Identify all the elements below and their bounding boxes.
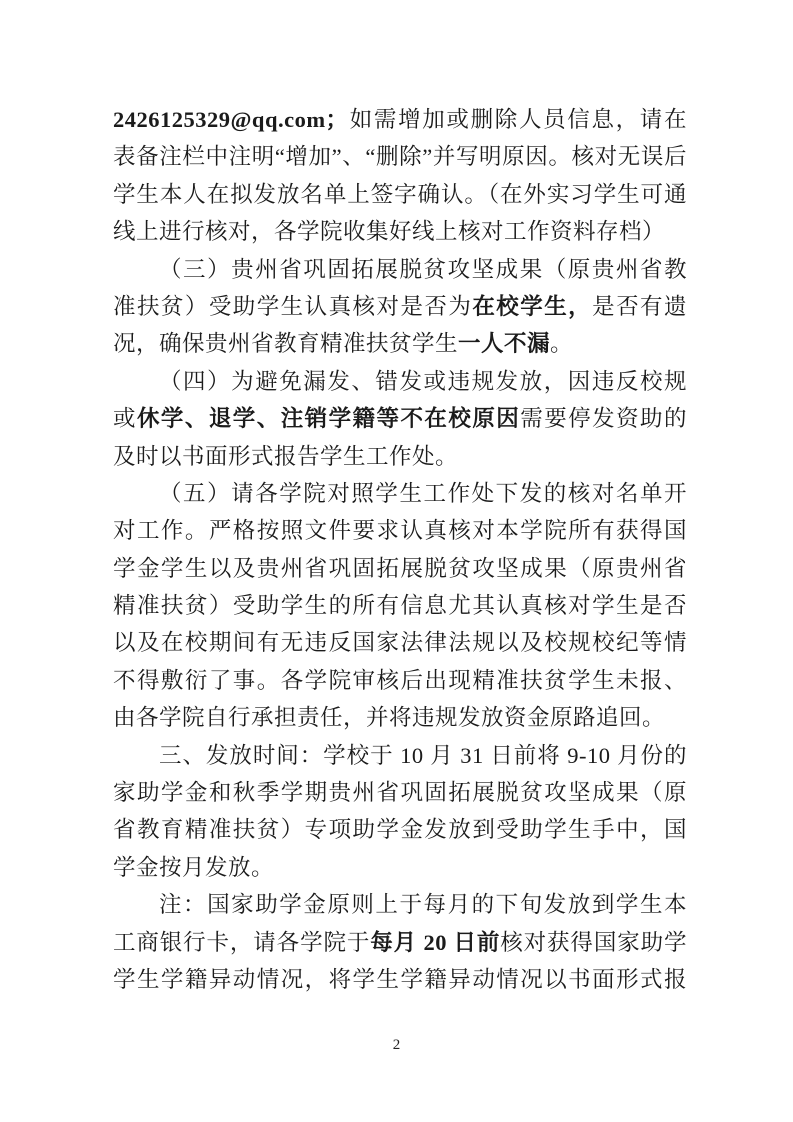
text-segment: 准扶贫）受助学生认真核对是否为 [113,294,472,319]
page-number: 2 [393,1037,401,1053]
text-segment: 工商银行卡，请各学院于 [113,930,370,955]
text-line: 不得敷衍了事。各学院审核后出现精准扶贫学生未报、漏报 [113,662,687,699]
text-segment: 省教育精准扶贫）专项助学金发放到受助学生手中，国家助 [113,817,687,848]
text-segment: 或 [113,406,137,431]
text-segment: 学生学籍异动情况，将学生学籍异动情况以书面形式报告学 [113,967,687,998]
text-segment: 学金学生以及贵州省巩固拓展脱贫攻坚成果（原贵州省教育 [113,556,687,587]
text-line: （四）为避免漏发、错发或违规发放，因违反校规校纪 [113,363,687,400]
text-line: 2426125329@qq.com；如需增加或删除人员信息，请在核对 [113,101,687,138]
text-line: 学金按月发放。 [113,849,687,886]
text-line: 由各学院自行承担责任，并将违规发放资金原路追回。 [113,699,687,736]
text-line: 家助学金和秋季学期贵州省巩固拓展脱贫攻坚成果（原贵州 [113,774,687,811]
text-segment: 三、发放时间：学校于 10 月 31 日前将 9-10 月份的国 [113,743,687,774]
text-segment: 表备注栏中注明“增加”、“删除”并写明原因。核对无误后 [113,144,687,169]
text-segment: 况，确保贵州省教育精准扶贫学生 [113,331,458,356]
text-segment: 家助学金和秋季学期贵州省巩固拓展脱贫攻坚成果（原贵州 [113,780,687,811]
text-segment: 由各学院自行承担责任，并将违规发放资金原路追回。 [113,705,665,730]
text-segment: 以及在校期间有无违反国家法律法规以及校规校纪等情况。 [113,630,687,661]
text-line: （五）请各学院对照学生工作处下发的核对名单开展核 [113,475,687,512]
text-segment: （五）请各学院对照学生工作处下发的核对名单开展核 [113,481,687,512]
text-segment: 精准扶贫）受助学生的所有信息尤其认真核对学生是否在校 [113,593,687,624]
bold-text-segment: 2426125329@qq.com； [113,107,349,132]
text-line: 工商银行卡，请各学院于每月 20 日前核对获得国家助学金 [113,924,687,961]
text-segment: 线上进行核对，各学院收集好线上核对工作资料存档） [113,219,665,244]
bold-text-segment: 每月 20 日前 [370,930,500,955]
text-line: 学生学籍异动情况，将学生学籍异动情况以书面形式报告学 [113,961,687,998]
text-segment: （四）为避免漏发、错发或违规发放，因违反校规校纪 [113,369,687,400]
text-line: 对工作。严格按照文件要求认真核对本学院所有获得国家助 [113,512,687,549]
text-line: 线上进行核对，各学院收集好线上核对工作资料存档） [113,213,687,250]
text-line: 表备注栏中注明“增加”、“删除”并写明原因。核对无误后 [113,138,687,175]
text-line: 注：国家助学金原则上于每月的下旬发放到学生本人的 [113,886,687,923]
text-line: （三）贵州省巩固拓展脱贫攻坚成果（原贵州省教育精 [113,251,687,288]
text-segment: 学金按月发放。 [113,855,274,880]
document-text: 2426125329@qq.com；如需增加或删除人员信息，请在核对表备注栏中注… [113,101,687,998]
text-line: 或休学、退学、注销学籍等不在校原因需要停发资助的情况 [113,400,687,437]
text-line: 三、发放时间：学校于 10 月 31 日前将 9-10 月份的国 [113,737,687,774]
document-page: 2426125329@qq.com；如需增加或删除人员信息，请在核对表备注栏中注… [0,0,793,1122]
text-segment: 及时以书面形式报告学生工作处。 [113,444,458,469]
text-line: 准扶贫）受助学生认真核对是否为在校学生，是否有遗漏情 [113,288,687,325]
text-line: 况，确保贵州省教育精准扶贫学生一人不漏。 [113,325,687,362]
text-segment: 学生本人在拟发放名单上签字确认。（在外实习学生可通过 [113,182,687,213]
text-segment: 注：国家助学金原则上于每月的下旬发放到学生本人的 [113,892,687,923]
text-line: 学金学生以及贵州省巩固拓展脱贫攻坚成果（原贵州省教育 [113,550,687,587]
text-segment: 。 [550,331,573,356]
text-line: 及时以书面形式报告学生工作处。 [113,438,687,475]
text-segment: （三）贵州省巩固拓展脱贫攻坚成果（原贵州省教育精 [113,257,687,288]
text-line: 学生本人在拟发放名单上签字确认。（在外实习学生可通过 [113,176,687,213]
text-line: 省教育精准扶贫）专项助学金发放到受助学生手中，国家助 [113,811,687,848]
text-line: 以及在校期间有无违反国家法律法规以及校规校纪等情况。 [113,624,687,661]
text-segment: 不得敷衍了事。各学院审核后出现精准扶贫学生未报、漏报 [113,668,687,699]
bold-text-segment: 休学、退学、注销学籍等不在校原因 [137,406,520,431]
text-line: 精准扶贫）受助学生的所有信息尤其认真核对学生是否在校 [113,587,687,624]
bold-text-segment: 一人不漏 [458,331,550,356]
text-segment: 对工作。严格按照文件要求认真核对本学院所有获得国家助 [113,518,687,549]
bold-text-segment: 在校学生， [472,294,592,319]
page-footer: 2 [0,1036,793,1054]
